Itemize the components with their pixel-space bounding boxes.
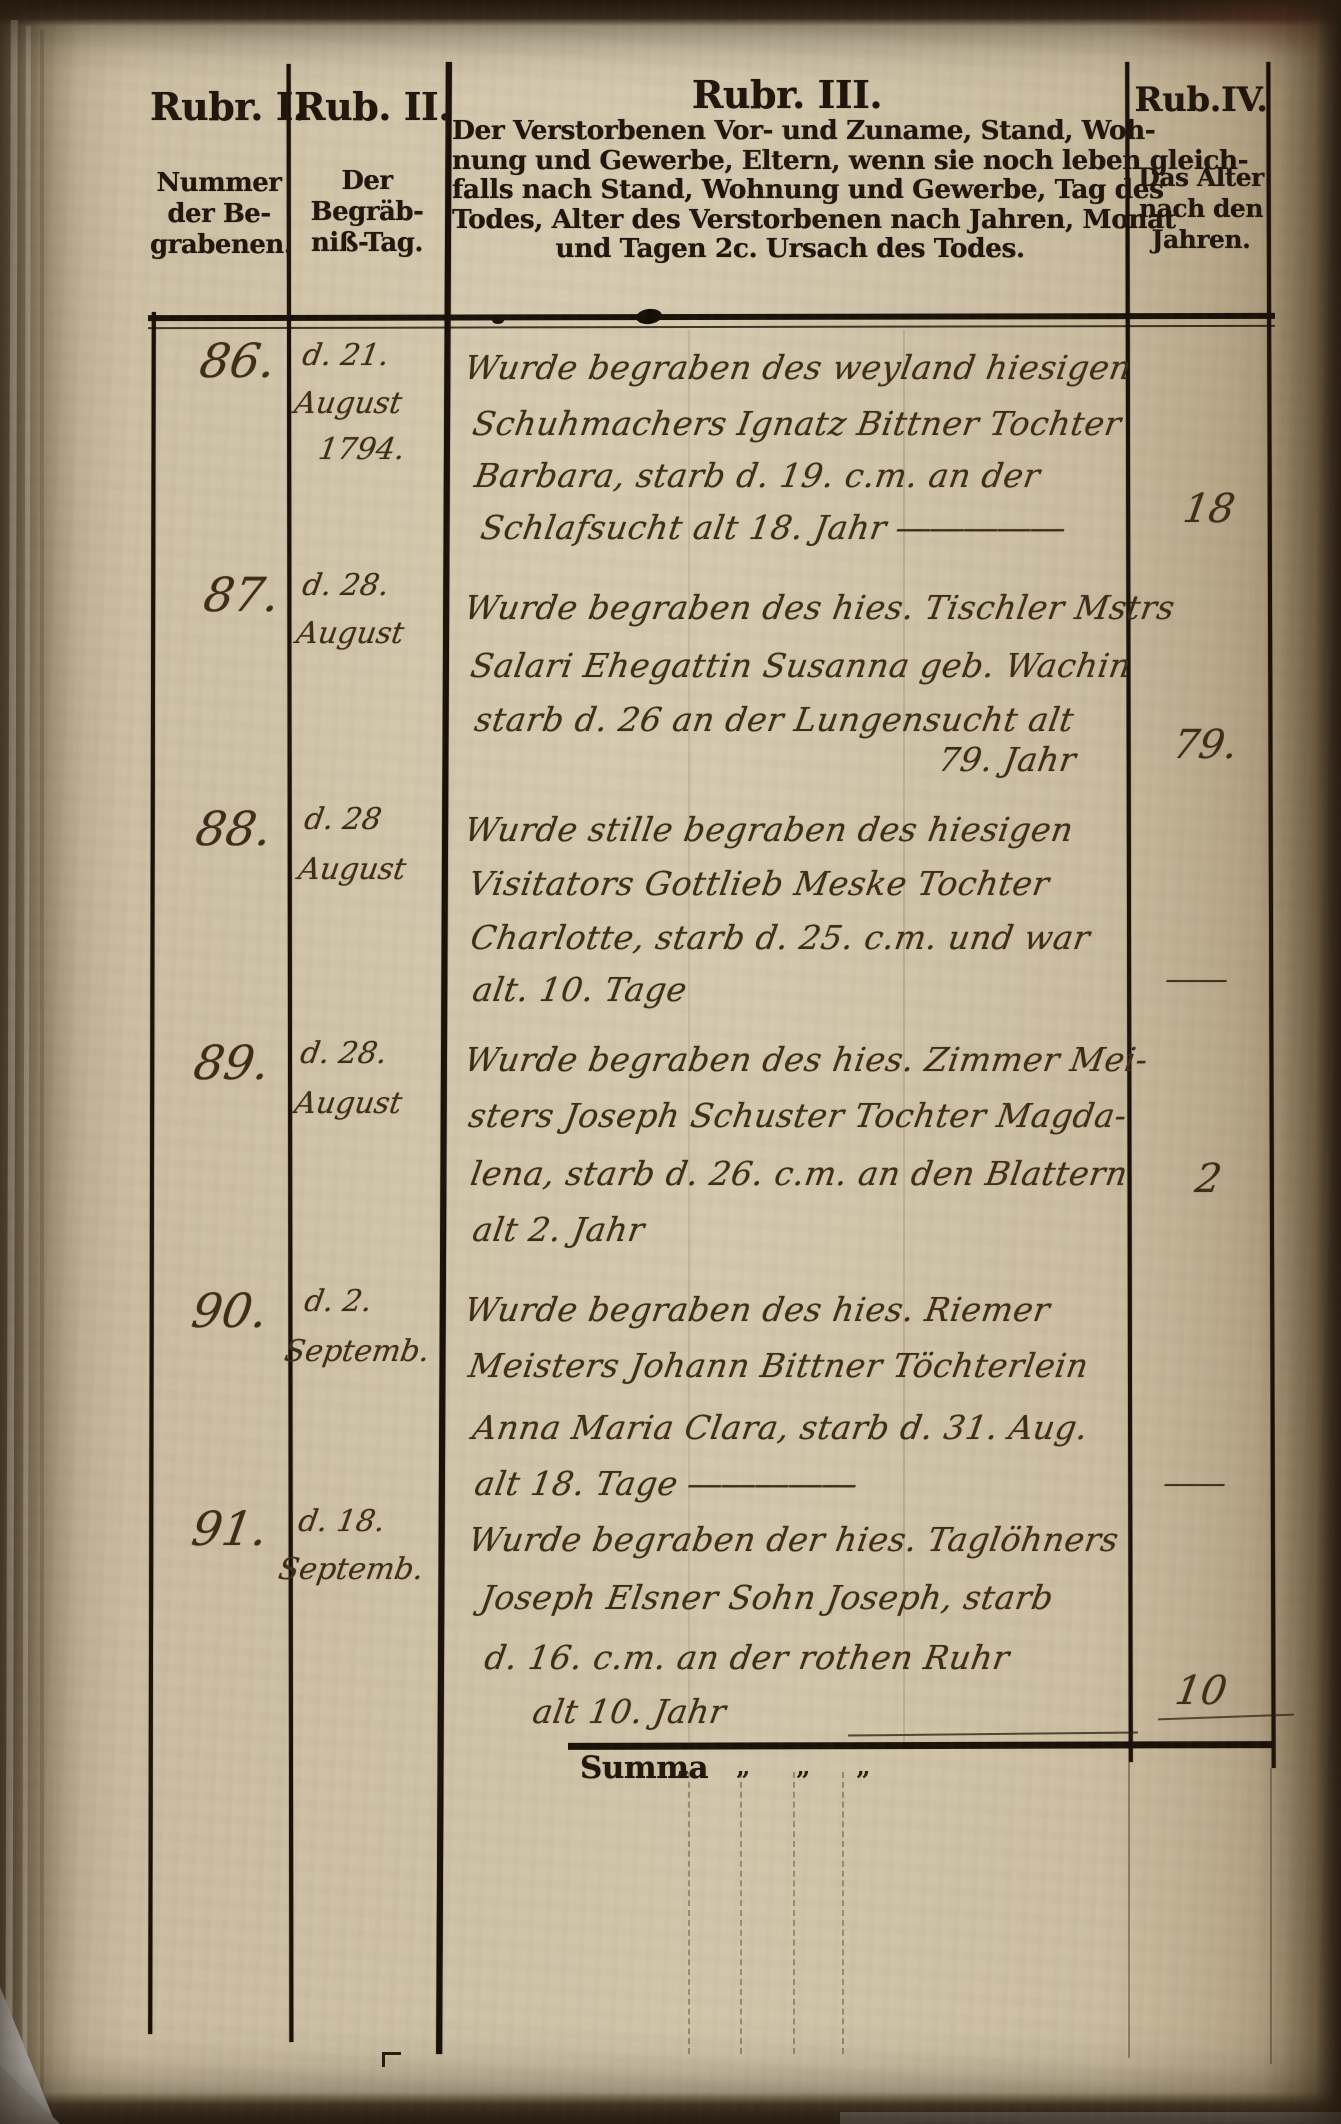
entry-number: 88. [192, 802, 275, 857]
col2-header-label: Der Begräb- niß-Tag. [292, 166, 442, 259]
summa-dotted-rule [842, 1772, 844, 2054]
entry-text-line: Schuhmachers Ignatz Bittner Tochter [470, 404, 1124, 443]
binding-page-edge [5, 20, 18, 2124]
entry-age-dash: ―― [1164, 962, 1230, 997]
summa-dotted-rule [740, 1772, 742, 2054]
entry-age: 18 [1180, 486, 1238, 532]
top-right-stain [1120, 0, 1341, 60]
entry-text-line: Wurde begraben der hies. Taglöhners [466, 1520, 1122, 1559]
col4-header-line: Das Alter [1131, 162, 1271, 193]
ink-blot [635, 307, 663, 325]
col3-header-line: falls nach Stand, Wohnung und Gewerbe, T… [452, 175, 1128, 205]
entry-text-line: 79. Jahr [936, 740, 1079, 779]
col3-header-line: Der Verstorbenen Vor- und Zuname, Stand,… [452, 116, 1128, 146]
entry-date-line: Septemb. [282, 1334, 432, 1369]
entry-text-line: Charlotte, starb d. 25. c.m. und war [468, 918, 1093, 957]
entry-number: 91. [188, 1502, 271, 1557]
binding-shadow-line [40, 30, 44, 2124]
col2-rubric: Rub. II. [294, 84, 442, 129]
entry-text-line: Wurde begraben des hies. Riemer [462, 1290, 1053, 1329]
entry-date-line: d. 18. [296, 1504, 388, 1539]
register-page: Rubr. I. Rub. II. Rubr. III. Rub.IV. Num… [0, 0, 1341, 2124]
summa-dotted-rule [793, 1772, 795, 2054]
entry-age-dash: ―― [1162, 1466, 1228, 1501]
col3-header-line: und Tagen 2c. Ursach des Todes. [452, 234, 1128, 264]
table-left-rule [148, 312, 156, 2034]
entry-text-line: Anna Maria Clara, starb d. 31. Aug. [470, 1408, 1091, 1447]
entry-number: 89. [190, 1036, 273, 1091]
entry-91-underline [848, 1731, 1138, 1736]
col1-header-label: Nummer der Be- grabenen. [150, 168, 288, 261]
entry-text-line: Wurde begraben des hies. Zimmer Mei- [462, 1040, 1151, 1079]
col1-col2-rule [287, 64, 294, 2042]
entry-text-line: Barbara, starb d. 19. c.m. an der [472, 456, 1043, 495]
entry-age: 79. [1170, 722, 1241, 768]
entry-text-line: alt 10. Jahr [530, 1692, 729, 1731]
col2-header-line: Begräb- [292, 197, 442, 228]
col4-header-label: Das Alter nach den Jahren. [1131, 162, 1271, 255]
photo-right-shadow [1316, 0, 1341, 2124]
entry-text-line: Wurde begraben des weyland hiesigen [462, 348, 1134, 387]
entry-text-line: Schlafsucht alt 18. Jahr ――――― [478, 508, 1068, 547]
col2-header-line: Der [292, 166, 442, 197]
entry-text-line: Wurde stille begraben des hiesigen [462, 810, 1076, 849]
entry-date-line: August [292, 386, 405, 421]
entry-date-line: Septemb. [276, 1552, 426, 1587]
entry-age: 10 [1172, 1668, 1230, 1714]
col1-header-line: Nummer [150, 168, 288, 199]
col3-header-line: nung und Gewerbe, Eltern, wenn sie noch … [452, 146, 1128, 176]
entry-date-line: August [292, 1086, 405, 1121]
col1-header-line: der Be- [150, 199, 288, 230]
col3-header-line: Todes, Alter des Verstorbenen nach Jahre… [452, 205, 1128, 235]
col4-header-line: Jahren. [1131, 224, 1271, 255]
col3-header-label: Der Verstorbenen Vor- und Zuname, Stand,… [452, 116, 1128, 264]
header-rule-thin [148, 325, 1275, 329]
col4-rubric: Rub.IV. [1131, 80, 1271, 120]
entry-date-line: d. 28 [302, 802, 384, 837]
entry-text-line: starb d. 26 an der Lungensucht alt [472, 700, 1077, 739]
col1-rubric: Rubr. I. [150, 84, 288, 129]
entry-text-line: Visitators Gottlieb Meske Tochter [466, 864, 1052, 903]
header-rule-thick [148, 313, 1275, 321]
summa-dotted-rule [688, 1772, 690, 2054]
entry-text-line: d. 16. c.m. an der rothen Ruhr [482, 1638, 1012, 1677]
entry-text-line: Wurde begraben des hies. Tischler Mstrs [462, 588, 1178, 627]
entry-text-line: lena, starb d. 26. c.m. an den Blattern [468, 1154, 1131, 1193]
entry-text-line: alt 2. Jahr [470, 1210, 648, 1249]
summa-rule [568, 1741, 1274, 1750]
entry-date-line: 1794. [316, 432, 407, 467]
binding-page-edge [22, 26, 31, 2124]
summa-ditto-marks: „ „ „ „ [676, 1752, 873, 1781]
entry-number: 87. [200, 568, 283, 623]
entry-date-line: August [296, 852, 409, 887]
entry-text-line: alt 18. Tage ――――― [472, 1464, 859, 1503]
bottom-margin-mark [382, 2052, 401, 2067]
entry-date-line: d. 2. [302, 1284, 374, 1319]
entry-date-line: d. 28. [300, 568, 392, 603]
entry-number: 90. [188, 1284, 271, 1339]
entry-date-line: August [294, 616, 407, 651]
entry-number: 86. [196, 334, 279, 389]
entry-date-line: d. 21. [300, 338, 392, 373]
entry-text-line: Salari Ehegattin Susanna geb. Wachin [468, 646, 1134, 685]
col2-header-line: niß-Tag. [292, 228, 442, 259]
col3-rubric: Rubr. III. [447, 72, 1127, 117]
entry-text-line: Meisters Johann Bittner Töchterlein [466, 1346, 1091, 1385]
entry-age: 2 [1192, 1156, 1225, 1202]
col2-col3-rule [436, 62, 452, 2054]
bottom-table-sliver [840, 2112, 1341, 2124]
col1-header-line: grabenen. [150, 230, 288, 261]
entry-text-line: alt. 10. Tage [470, 970, 690, 1009]
col3-col4-rule-faint [1128, 1762, 1130, 2058]
entry-text-line: Joseph Elsner Sohn Joseph, starb [478, 1578, 1056, 1617]
entry-text-line: sters Joseph Schuster Tochter Magda- [466, 1096, 1130, 1135]
col4-header-line: nach den [1131, 193, 1271, 224]
ink-blot [492, 316, 504, 324]
entry-date-line: d. 28. [298, 1036, 390, 1071]
table-right-rule-faint [1270, 1768, 1272, 2064]
